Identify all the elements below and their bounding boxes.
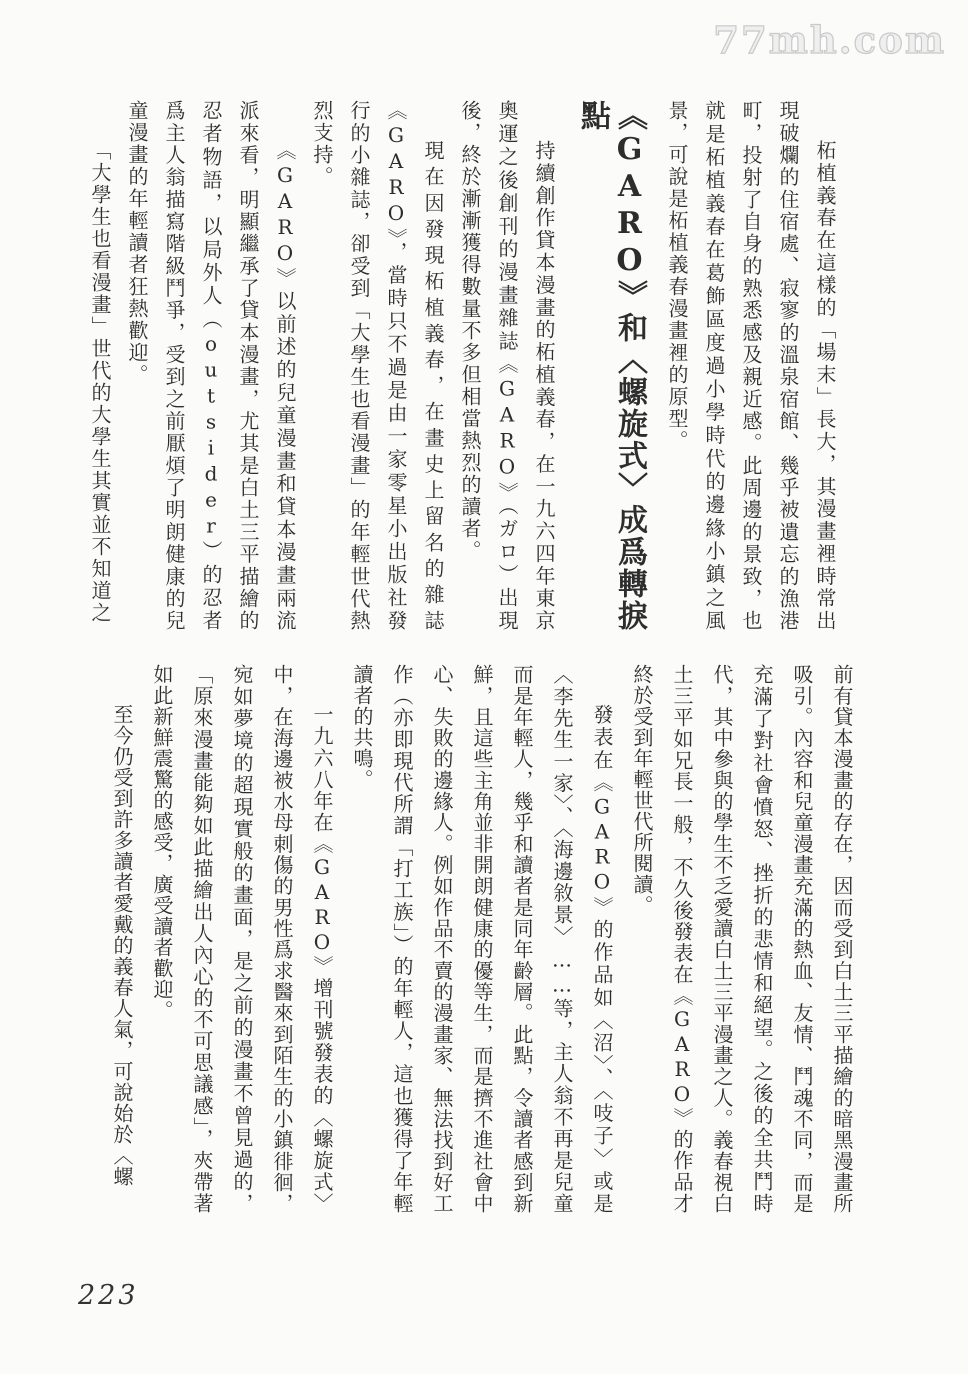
paragraph: 「大學生也看漫畫」世代的大學生其實並不知道之 xyxy=(81,100,118,632)
paragraph: 《GARO》以前述的兒童漫畫和貸本漫畫兩流派來看，明顯繼承了貸本漫畫，尤其是白土… xyxy=(118,100,303,632)
bottom-text-block: 前有貸本漫畫的存在，因而受到白土三平描繪的暗黑漫畫所吸引。內容和兒童漫畫充滿的熱… xyxy=(102,664,862,1214)
paragraph: 持續創作貸本漫畫的柘植義春，在一九六四年東京奧運之後創刊的漫畫雜誌《GARO》（… xyxy=(451,100,562,632)
paragraph-continuation: 前有貸本漫畫的存在，因而受到白土三平描繪的暗黑漫畫所吸引。內容和兒童漫畫充滿的熱… xyxy=(622,664,862,1214)
paragraph: 至今仍受到許多讀者愛戴的義春人氣，可說始於〈螺 xyxy=(102,664,142,1214)
paragraph: 現在因發現柘植義春，在畫史上留名的雜誌《GARO》，當時只不過是由一家零星小出版… xyxy=(303,100,451,632)
top-text-block: 柘植義春在這樣的「場末」長大，其漫畫裡時常出現破爛的住宿處、寂寥的溫泉宿館、幾乎… xyxy=(81,100,843,632)
paragraph: 發表在《GARO》的作品如〈沼〉、〈吱子〉或是〈李先生一家〉、〈海邊敘景〉……等… xyxy=(342,664,622,1214)
paragraph: 一九六八年在《GARO》增刊號發表的〈螺旋式〉中，在海邊被水母刺傷的男性爲求醫來… xyxy=(142,664,342,1214)
page-number: 223 xyxy=(78,1280,139,1311)
watermark: 77mh.com xyxy=(713,18,946,62)
section-heading: 《GARO》和〈螺旋式〉成爲轉捩點 xyxy=(574,100,648,632)
paragraph: 柘植義春在這樣的「場末」長大，其漫畫裡時常出現破爛的住宿處、寂寥的溫泉宿館、幾乎… xyxy=(658,100,843,632)
